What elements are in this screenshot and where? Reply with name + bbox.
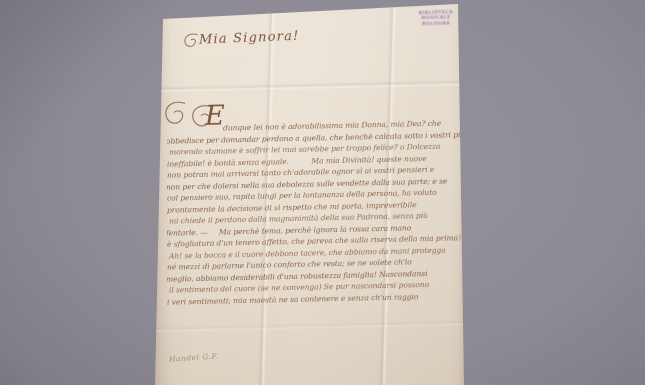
library-stamp: BIBLIOTECA MUSICALE BOLOGNA [416,10,456,27]
horizontal-fold-crease-top [153,79,465,93]
letter-paper: BIBLIOTECA MUSICALE BOLOGNA 3m. Mia Sign… [153,0,465,385]
horizontal-fold-crease-bottom [153,319,465,333]
photograph-background: BIBLIOTECA MUSICALE BOLOGNA 3m. Mia Sign… [0,0,645,385]
letter-content: BIBLIOTECA MUSICALE BOLOGNA 3m. Mia Sign… [153,0,465,385]
library-stamp-line: BOLOGNA [416,21,456,28]
salutation-text: Mia Signora! [199,29,300,48]
salutation: Mia Signora! [183,28,300,51]
letter-body: dunque lei non è adorabilissima mia Donn… [167,117,461,311]
flourish-icon [183,32,201,51]
pencil-annotation: Handel G.F. [169,351,219,363]
